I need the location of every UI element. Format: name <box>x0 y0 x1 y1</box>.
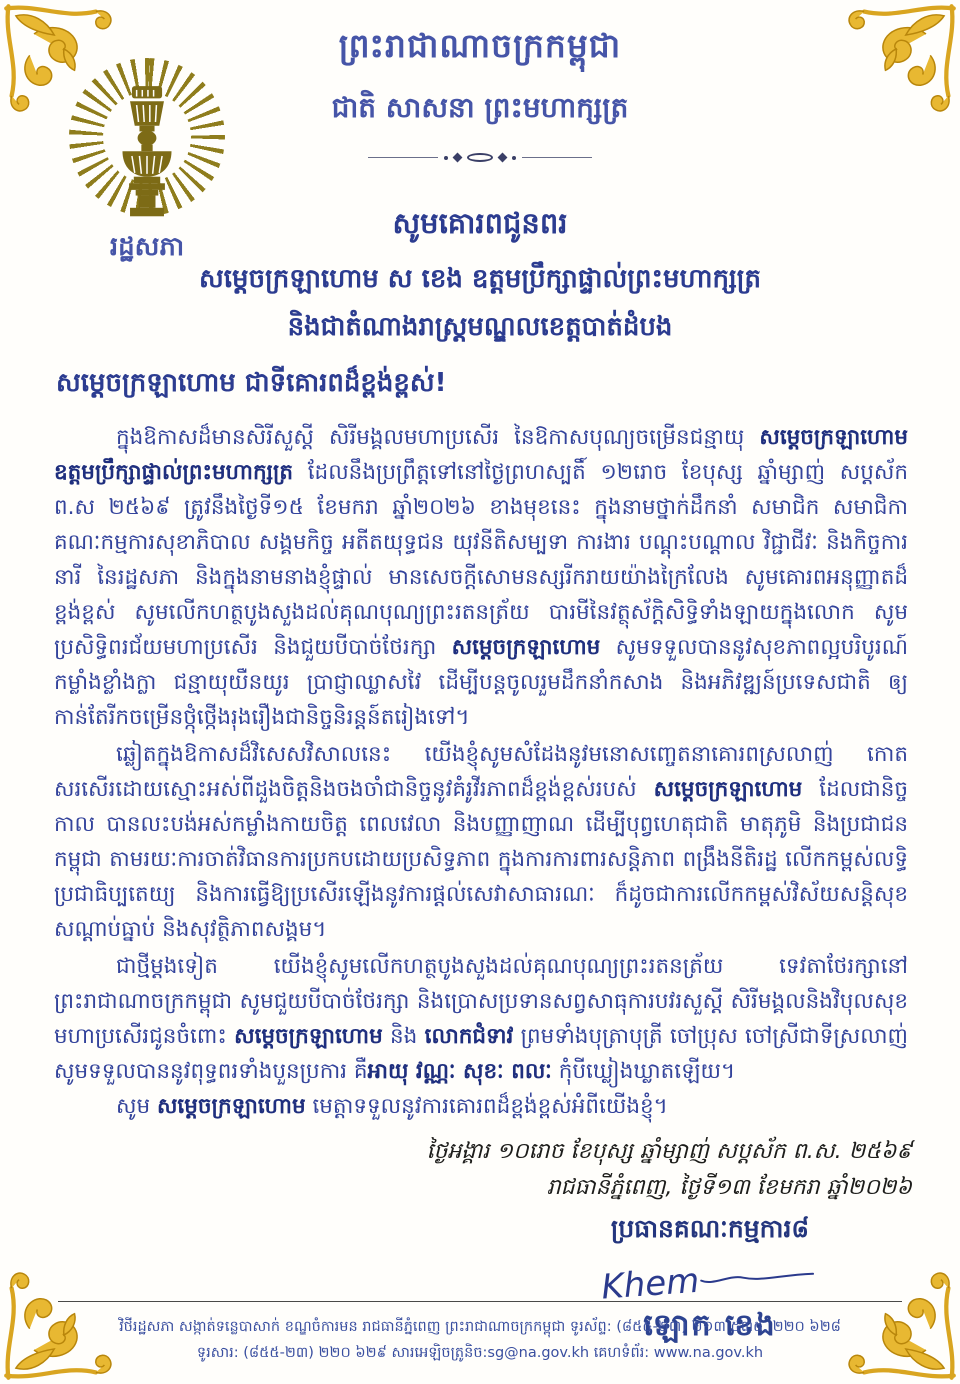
corner-ornament-bottom-right <box>830 1254 958 1382</box>
date-block: ថ្ងៃអង្គារ ១០រោច ខែបុស្ស ឆ្នាំម្សាញ់ សប្… <box>0 1134 912 1206</box>
lunar-date-line: ថ្ងៃអង្គារ ១០រោច ខែបុស្ស ឆ្នាំម្សាញ់ សប្… <box>0 1134 912 1170</box>
corner-ornament-top-left <box>2 2 130 130</box>
paragraph-3: ជាថ្មីម្តងទៀត យើងខ្ញុំសូមលើកហត្ថបូងសួងដល… <box>54 949 908 1089</box>
p3-bold-blessings: អាយុ វណ្ណៈ សុខៈ ពលៈ <box>367 1059 551 1084</box>
emblem-label: រដ្ឋសភា <box>62 230 232 268</box>
footer-separator <box>58 1301 902 1302</box>
gregorian-date-line: រាជធានីភ្នំពេញ, ថ្ងៃទី១៣ ខែមករា ឆ្នាំ២០២… <box>0 1170 912 1206</box>
salutation-recipient-role: និងជាតំណាងរាស្ត្រមណ្ឌលខេត្តបាត់ដំបង <box>0 310 960 348</box>
p3-text: កុំបីឃ្លៀងឃ្លាតឡើយ។ <box>552 1059 735 1084</box>
footer-fax-email-web: ទូរសារ: (៨៥៥-២៣) ២២០ ៦២៩ សារអេឡិចត្រូនិច… <box>80 1340 880 1366</box>
p3-bold-recipient: សម្តេចក្រឡាហោម <box>234 1024 383 1049</box>
p1-text: ដែលនឹងប្រព្រឹត្តទៅនៅថ្ងៃព្រហស្បតិ៍ ១២រោច… <box>54 460 908 660</box>
letter-page: រដ្ឋសភា ព្រះរាជាណាចក្រកម្ពុជា ជាតិ សាសនា… <box>0 0 960 1384</box>
paragraph-1: ក្នុងឱកាសដ៏មានសិរីសួស្តី សិរីមង្គលមហាប្រ… <box>54 420 908 735</box>
signature-flourish-icon <box>698 1258 819 1290</box>
closing-text: សូម <box>116 1094 157 1119</box>
corner-ornament-top-right <box>830 2 958 130</box>
corner-ornament-bottom-left <box>2 1254 130 1382</box>
paragraph-2: ឆ្លៀតក្នុងឱកាសដ៏វិសេសវិសាលនេះ យើងខ្ញុំសូ… <box>54 737 908 947</box>
closing-text: មេត្តាទទួលនូវការគោរពដ៏ខ្ពង់ខ្ពស់អំពីយើងខ… <box>306 1094 668 1119</box>
p3-text: និង <box>383 1024 425 1049</box>
footer-contact: វិថីរដ្ឋសភា សង្កាត់ទន្លេបាសាក់ ខណ្ឌចំការ… <box>80 1314 880 1366</box>
p1-text: ក្នុងឱកាសដ៏មានសិរីសួស្តី សិរីមង្គលមហាប្រ… <box>116 425 759 450</box>
footer-address-phone: វិថីរដ្ឋសភា សង្កាត់ទន្លេបាសាក់ ខណ្ឌចំការ… <box>80 1314 880 1340</box>
p2-bold-recipient: សម្តេចក្រឡាហោម <box>654 777 803 802</box>
p3-bold-lok-chumteav: លោកជំទាវ <box>425 1024 514 1049</box>
p1-bold-recipient: សម្តេចក្រឡាហោម <box>452 635 601 660</box>
letter-body: ក្នុងឱកាសដ៏មានសិរីសួស្តី សិរីមង្គលមហាប្រ… <box>54 420 908 1124</box>
salutation-honorific: សម្តេចក្រឡាហោម ជាទីគោរពដ៏ខ្ពង់ខ្ពស់! <box>56 366 960 404</box>
closing-line: សូម សម្តេចក្រឡាហោម មេត្តាទទួលនូវការគោរពដ… <box>54 1089 908 1124</box>
closing-bold-recipient: សម្តេចក្រឡាហោម <box>157 1094 306 1119</box>
